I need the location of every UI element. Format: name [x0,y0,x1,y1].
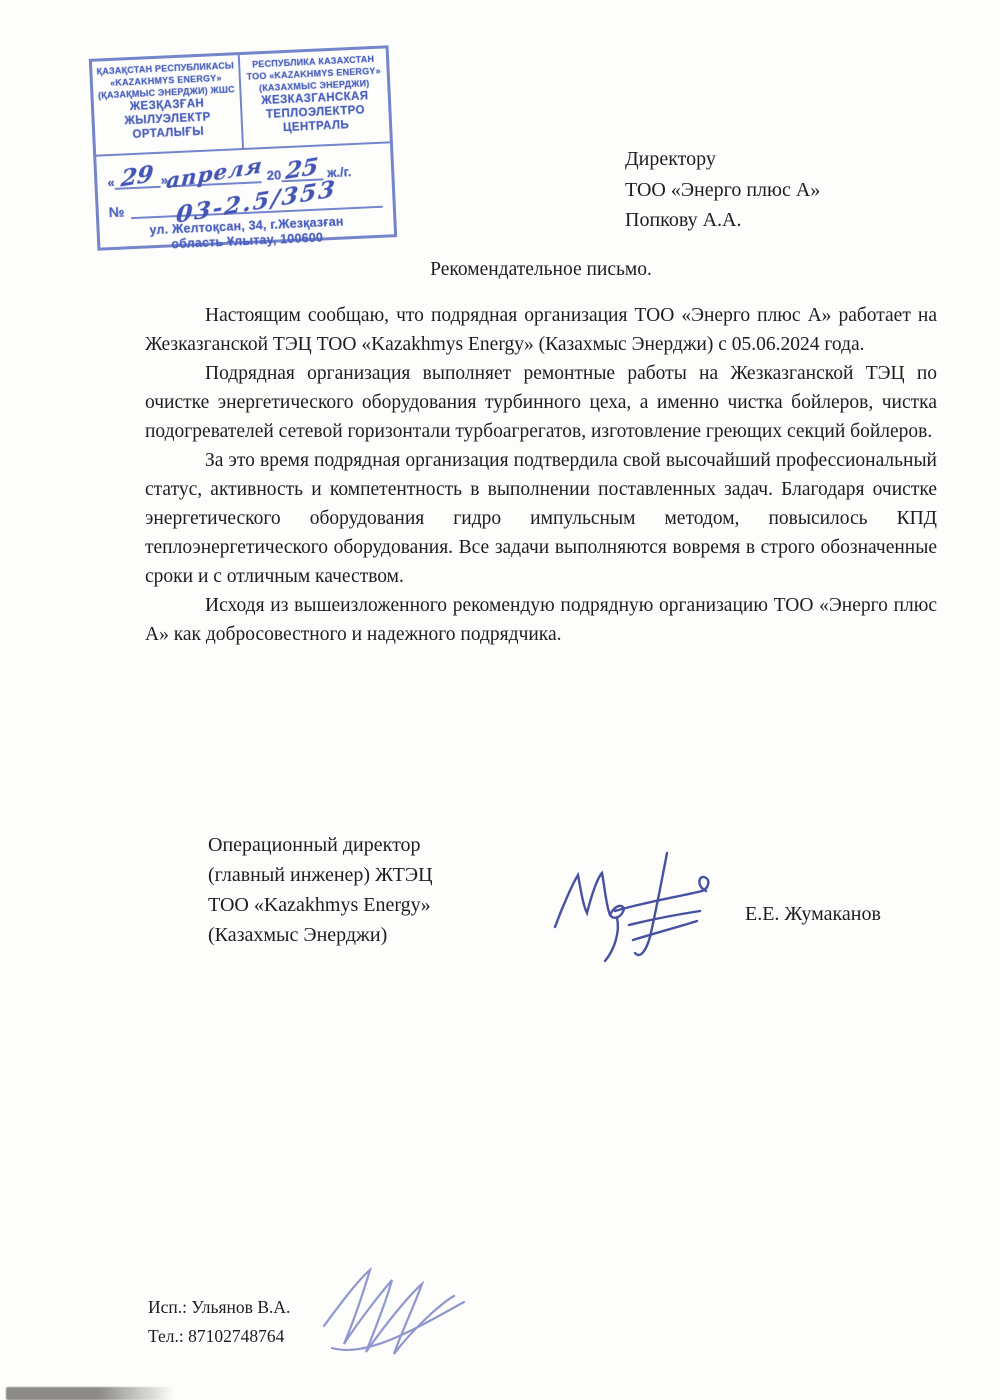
recipient-company: ТОО «Энерго плюс А» [625,175,820,206]
paragraph-3: За это время подрядная организация подтв… [145,446,937,591]
letter-body: Рекомендательное письмо. Настоящим сообщ… [145,255,937,649]
executor-signature-ink [312,1258,477,1373]
recipient-block: Директору ТОО «Энерго плюс А» Попкову А.… [625,144,820,236]
paragraph-1: Настоящим сообщаю, что подрядная организ… [145,301,937,359]
signatory-title-line-2: (главный инженер) ЖТЭЦ [208,860,433,890]
signer-name: Е.Е. Жумаканов [745,903,881,926]
scanned-letter-page: ҚАЗАҚСТАН РЕСПУБЛИКАСЫ «KAZAKHMYS ENERGY… [0,0,1000,1400]
company-stamp: ҚАЗАҚСТАН РЕСПУБЛИКАСЫ «KAZAKHMYS ENERGY… [89,45,397,250]
stamp-left-column: ҚАЗАҚСТАН РЕСПУБЛИКАСЫ «KAZAKHMYS ENERGY… [92,55,242,155]
paragraph-4: Исходя из вышеизложенного рекомендую под… [145,591,937,649]
recipient-role: Директору [625,144,820,175]
executor-block: Исп.: Ульянов В.А. Тел.: 87102748764 [148,1293,290,1351]
executor-phone: Тел.: 87102748764 [148,1322,290,1351]
stamp-number-label: № [108,203,124,220]
signatory-title-line-1: Операционный директор [208,830,433,860]
stamp-year-prefix: 20 [266,167,281,183]
recipient-person: Попкову А.А. [625,205,820,236]
handwritten-day: 29 [120,160,155,192]
stamp-day-field: 29 [114,159,161,190]
letter-title: Рекомендательное письмо. [145,255,937,284]
signatory-title-line-3: ТОО «Kazakhmys Energy» [208,890,433,920]
stamp-right-column: РЕСПУБЛИКА КАЗАХСТАН ТОО «KAZAKHMYS ENER… [238,48,390,148]
director-signature-ink [545,845,720,980]
signatory-title-block: Операционный директор (главный инженер) … [208,830,433,950]
signatory-title-line-4: (Казахмыс Энерджи) [208,920,433,950]
scanner-edge-artifact [6,1387,174,1400]
stamp-header: ҚАЗАҚСТАН РЕСПУБЛИКАСЫ «KAZAKHMYS ENERGY… [92,48,390,156]
paragraph-2: Подрядная организация выполняет ремонтны… [145,359,937,446]
executor-name: Исп.: Ульянов В.А. [148,1293,290,1322]
stamp-month-field: апреля [167,156,262,187]
